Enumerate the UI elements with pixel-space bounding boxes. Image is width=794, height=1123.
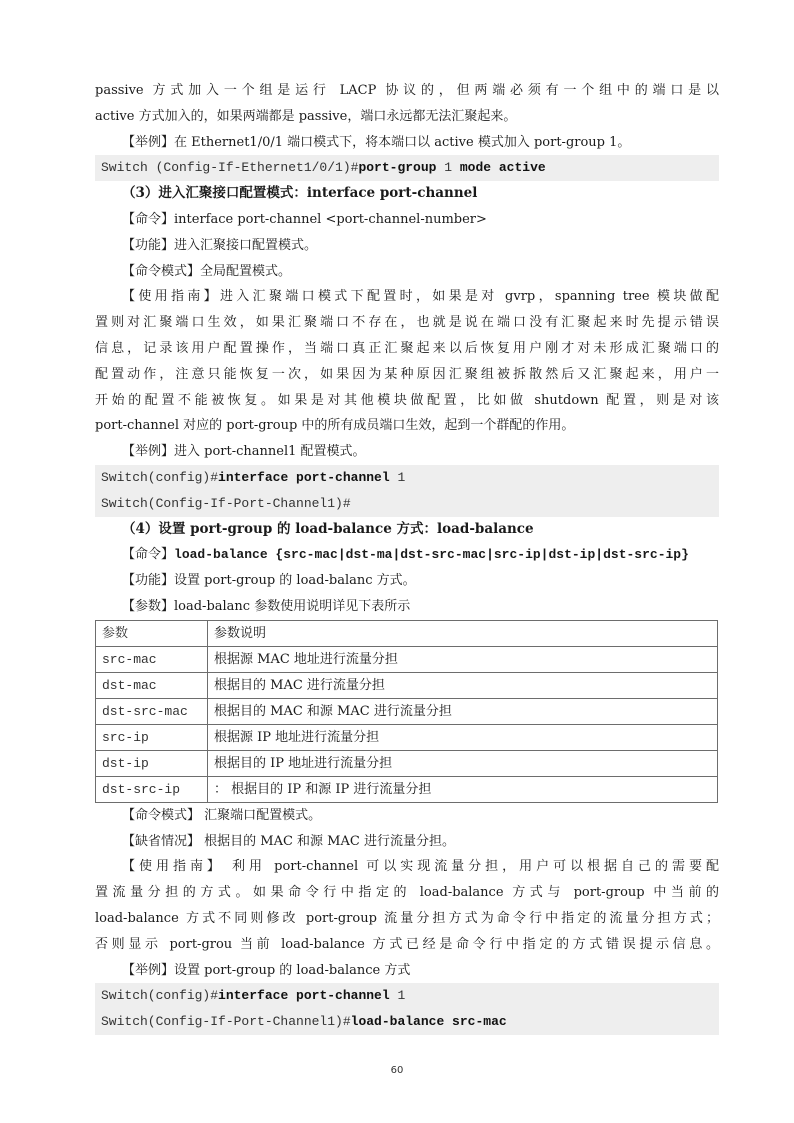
table-cell-param: dst-mac — [96, 672, 208, 698]
guide-line: 【使用指南】 利用 port-channel 可以实现流量分担，用户可以根据自己… — [95, 854, 719, 880]
page-number: 60 — [0, 1065, 794, 1076]
table-cell-param: src-ip — [96, 724, 208, 750]
table-row: dst-mac 根据目的 MAC 进行流量分担 — [96, 672, 718, 698]
table-cell-desc: 根据目的 IP 地址进行流量分担 — [208, 750, 718, 776]
code-line: Switch(config)#interface port-channel 1 — [101, 465, 719, 491]
table-row: src-mac 根据源 MAC 地址进行流量分担 — [96, 646, 718, 672]
parameter-table: 参数 参数说明 src-mac 根据源 MAC 地址进行流量分担 dst-mac… — [95, 620, 718, 803]
table-header-row: 参数 参数说明 — [96, 620, 718, 646]
code-block: Switch(config)#interface port-channel 1 … — [95, 465, 719, 517]
paragraph-line: active 方式加入的，如果两端都是 passive，端口永远都无法汇聚起来。 — [95, 104, 719, 130]
table-cell-desc: 根据目的 MAC 和源 MAC 进行流量分担 — [208, 698, 718, 724]
table-cell-desc: ： 根据目的 IP 和源 IP 进行流量分担 — [208, 776, 718, 802]
code-line: Switch(config)#interface port-channel 1 — [101, 983, 719, 1009]
table-cell-param: dst-ip — [96, 750, 208, 776]
command-syntax: 【命令】interface port-channel <port-channel… — [95, 207, 719, 233]
guide-line: 否则显示 port-grou 当前 load-balance 方式已经是命令行中… — [95, 932, 719, 958]
guide-line: 【使用指南】进入汇聚端口模式下配置时，如果是对 gvrp，spanning tr… — [95, 284, 719, 310]
guide-line: 置流量分担的方式。如果命令行中指定的 load-balance 方式与 port… — [95, 880, 719, 906]
table-cell-desc: 根据目的 MAC 进行流量分担 — [208, 672, 718, 698]
default-text: 【缺省情况】 根据目的 MAC 和源 MAC 进行流量分担。 — [95, 829, 719, 855]
guide-line: 信息，记录该用户配置操作，当端口真正汇聚起来以后恢复用户刚才对未形成汇聚端口的 — [95, 336, 719, 362]
function-text: 【功能】进入汇聚接口配置模式。 — [95, 233, 719, 259]
function-text: 【功能】设置 port-group 的 load-balanc 方式。 — [95, 568, 719, 594]
command-syntax: 【命令】load-balance {src-mac|dst-ma|dst-src… — [95, 542, 719, 568]
table-row: dst-ip 根据目的 IP 地址进行流量分担 — [96, 750, 718, 776]
code-block: Switch(config)#interface port-channel 1 … — [95, 983, 719, 1035]
table-cell-param: dst-src-ip — [96, 776, 208, 802]
command-mode-text: 【命令模式】全局配置模式。 — [95, 259, 719, 285]
example-text: 【举例】进入 port-channel1 配置模式。 — [95, 439, 719, 465]
guide-line: load-balance 方式不同则修改 port-group 流量分担方式为命… — [95, 906, 719, 932]
table-row: dst-src-mac 根据目的 MAC 和源 MAC 进行流量分担 — [96, 698, 718, 724]
table-cell-desc: 根据源 MAC 地址进行流量分担 — [208, 646, 718, 672]
guide-line: 开始的配置不能被恢复。如果是对其他模块做配置，比如做 shutdown 配置，则… — [95, 388, 719, 414]
code-line: Switch(Config-If-Port-Channel1)# — [101, 491, 719, 517]
section-heading: （3）进入汇聚接口配置模式：interface port-channel — [95, 181, 719, 207]
paragraph-line: passive 方式加入一个组是运行 LACP 协议的，但两端必须有一个组中的端… — [95, 78, 719, 104]
table-cell-param: src-mac — [96, 646, 208, 672]
table-header-cell: 参数说明 — [208, 620, 718, 646]
table-row: src-ip 根据源 IP 地址进行流量分担 — [96, 724, 718, 750]
guide-line: 置则对汇聚端口生效，如果汇聚端口不存在，也就是说在端口没有汇聚起来时先提示错误 — [95, 310, 719, 336]
section-heading: （4）设置 port-group 的 load-balance 方式：load-… — [95, 517, 719, 543]
code-line: Switch(Config-If-Port-Channel1)#load-bal… — [101, 1009, 719, 1035]
table-cell-desc: 根据源 IP 地址进行流量分担 — [208, 724, 718, 750]
params-text: 【参数】load-balanc 参数使用说明详见下表所示 — [95, 594, 719, 620]
command-mode-text: 【命令模式】 汇聚端口配置模式。 — [95, 803, 719, 829]
guide-line: 配置动作，注意只能恢复一次，如果因为某种原因汇聚组被拆散然后又汇聚起来，用户一 — [95, 362, 719, 388]
table-row: dst-src-ip ： 根据目的 IP 和源 IP 进行流量分担 — [96, 776, 718, 802]
code-line: Switch (Config-If-Ethernet1/0/1)#port-gr… — [101, 155, 719, 181]
example-text: 【举例】设置 port-group 的 load-balance 方式 — [95, 958, 719, 984]
table-cell-param: dst-src-mac — [96, 698, 208, 724]
guide-line: port-channel 对应的 port-group 中的所有成员端口生效，起… — [95, 413, 719, 439]
example-text: 【举例】在 Ethernet1/0/1 端口模式下，将本端口以 active 模… — [95, 130, 719, 156]
table-header-cell: 参数 — [96, 620, 208, 646]
document-page: passive 方式加入一个组是运行 LACP 协议的，但两端必须有一个组中的端… — [95, 78, 719, 1035]
code-block: Switch (Config-If-Ethernet1/0/1)#port-gr… — [95, 155, 719, 181]
